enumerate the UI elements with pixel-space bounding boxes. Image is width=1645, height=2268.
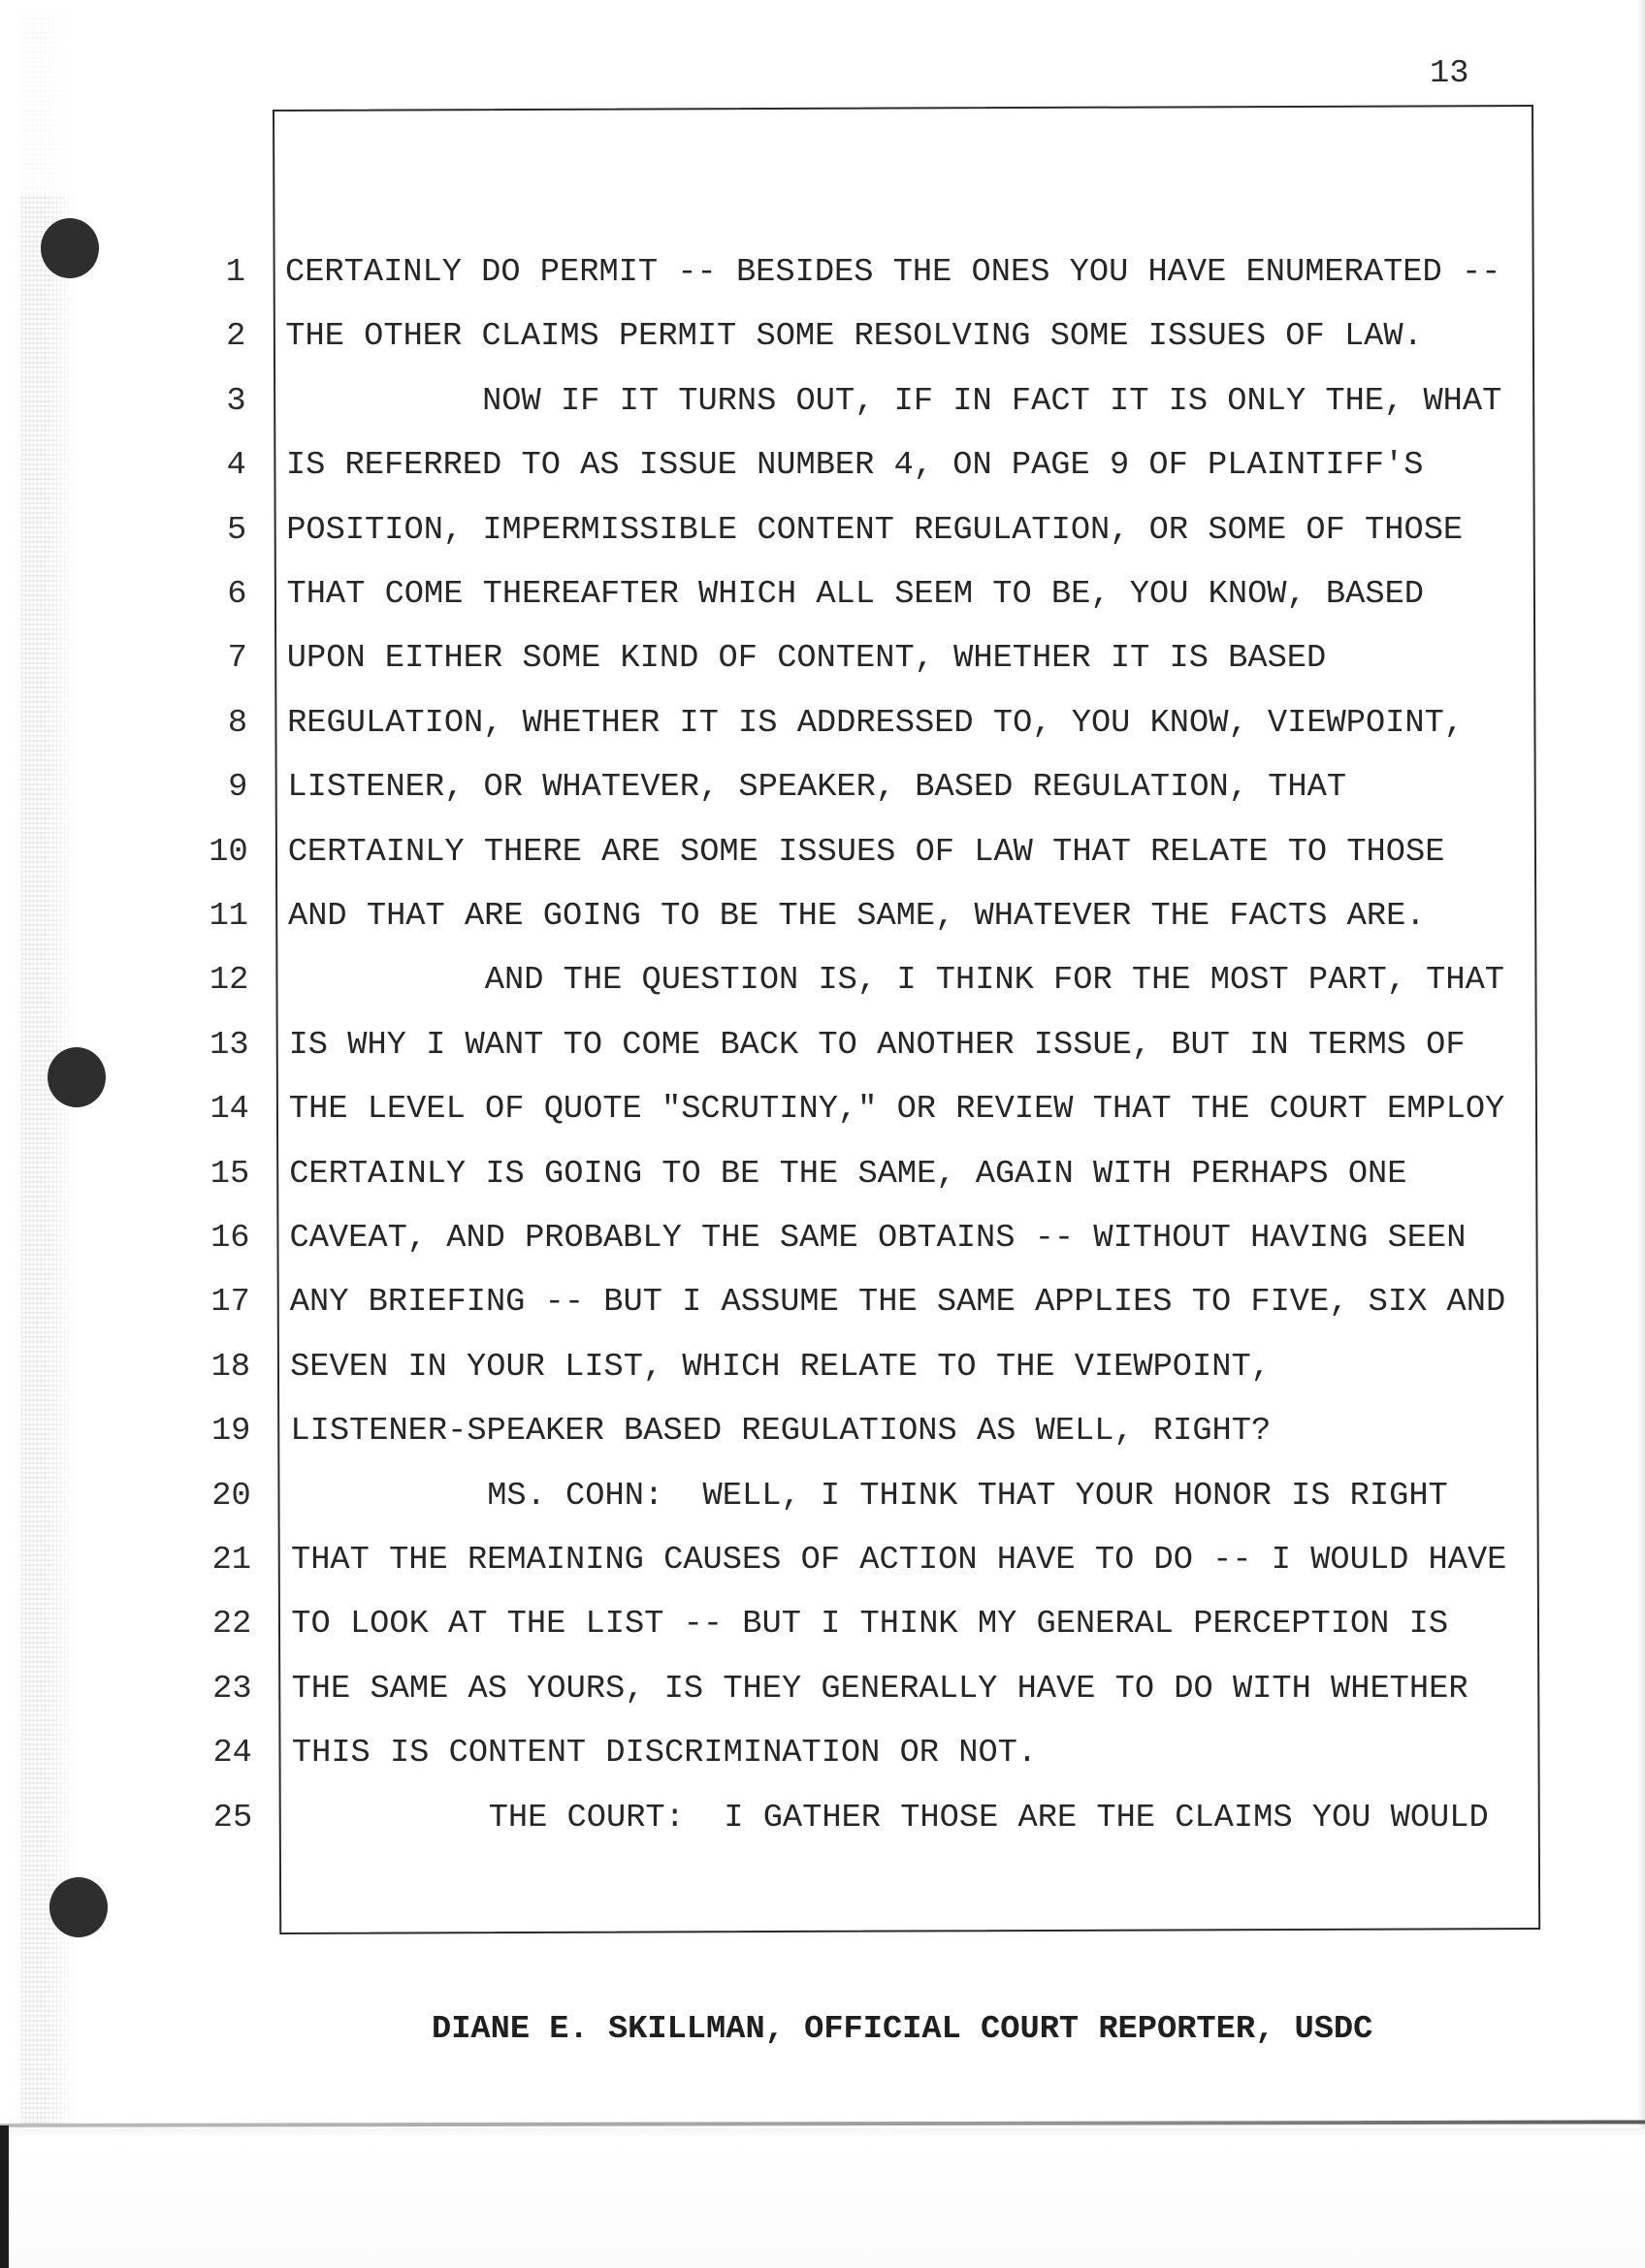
line-number: 7 [179, 643, 247, 676]
transcript-line: ANY BRIEFING -- BUT I ASSUME THE SAME AP… [290, 1287, 1505, 1320]
scan-right-edge [1637, 0, 1645, 2128]
line-number: 12 [180, 965, 248, 998]
transcript-line: THE LEVEL OF QUOTE "SCRUTINY," OR REVIEW… [289, 1094, 1504, 1127]
transcript-line: THE OTHER CLAIMS PERMIT SOME RESOLVING S… [285, 321, 1423, 354]
transcript-line: IS REFERRED TO AS ISSUE NUMBER 4, ON PAG… [286, 450, 1424, 483]
transcript-line: CAVEAT, AND PROBABLY THE SAME OBTAINS --… [290, 1223, 1467, 1256]
transcript-line: THE SAME AS YOURS, IS THEY GENERALLY HAV… [292, 1674, 1468, 1707]
transcript-line: THE COURT: I GATHER THOSE ARE THE CLAIMS… [489, 1803, 1489, 1836]
transcript-frame [273, 105, 1540, 1934]
line-number: 4 [178, 450, 246, 483]
transcript-line: THAT COME THEREAFTER WHICH ALL SEEM TO B… [287, 579, 1425, 612]
line-number: 19 [182, 1416, 250, 1449]
line-number: 8 [179, 708, 247, 741]
hole-punch-icon [49, 1877, 108, 1937]
transcript-page: 13 1CERTAINLY DO PERMIT -- BESIDES THE O… [0, 0, 1645, 2128]
scan-edge-shading [21, 10, 78, 194]
transcript-line: LISTENER-SPEAKER BASED REGULATIONS AS WE… [290, 1416, 1271, 1449]
line-number: 20 [183, 1481, 251, 1514]
line-number: 24 [184, 1738, 252, 1771]
hole-punch-icon [48, 1047, 106, 1107]
scanner-background [0, 2128, 1645, 2268]
line-number: 9 [179, 772, 247, 805]
transcript-line: AND THE QUESTION IS, I THINK FOR THE MOS… [485, 965, 1504, 998]
line-number: 5 [178, 515, 246, 548]
line-number: 22 [183, 1609, 251, 1642]
line-number: 21 [183, 1545, 251, 1578]
line-number: 14 [181, 1094, 249, 1127]
transcript-line: THAT THE REMAINING CAUSES OF ACTION HAVE… [291, 1545, 1506, 1578]
transcript-line: CERTAINLY DO PERMIT -- BESIDES THE ONES … [285, 257, 1500, 290]
line-number: 15 [181, 1159, 249, 1192]
line-number: 3 [178, 386, 246, 419]
page-number: 13 [1430, 58, 1468, 91]
line-number: 23 [184, 1674, 252, 1707]
transcript-line: AND THAT ARE GOING TO BE THE SAME, WHATE… [288, 901, 1426, 934]
line-number: 18 [182, 1352, 250, 1385]
transcript-line: MS. COHN: WELL, I THINK THAT YOUR HONOR … [487, 1481, 1448, 1514]
transcript-line: REGULATION, WHETHER IT IS ADDRESSED TO, … [287, 708, 1464, 741]
transcript-line: POSITION, IMPERMISSIBLE CONTENT REGULATI… [286, 515, 1463, 548]
line-number: 17 [182, 1287, 250, 1320]
line-number: 6 [179, 579, 247, 612]
line-number: 13 [181, 1030, 249, 1063]
transcript-line: THIS IS CONTENT DISCRIMINATION OR NOT. [292, 1738, 1037, 1771]
line-number: 2 [177, 321, 245, 354]
transcript-line: IS WHY I WANT TO COME BACK TO ANOTHER IS… [289, 1030, 1466, 1063]
transcript-line: TO LOOK AT THE LIST -- BUT I THINK MY GE… [291, 1609, 1448, 1642]
hole-punch-icon [41, 218, 99, 278]
transcript-line: LISTENER, OR WHATEVER, SPEAKER, BASED RE… [287, 772, 1346, 805]
line-number: 1 [177, 257, 245, 290]
line-number: 25 [184, 1803, 252, 1836]
line-number: 16 [182, 1223, 250, 1256]
transcript-line: CERTAINLY THERE ARE SOME ISSUES OF LAW T… [288, 837, 1445, 870]
transcript-line: SEVEN IN YOUR LIST, WHICH RELATE TO THE … [290, 1352, 1271, 1385]
scan-edge-shading [21, 194, 78, 2124]
line-number: 11 [180, 901, 248, 934]
transcript-line: UPON EITHER SOME KIND OF CONTENT, WHETHE… [287, 643, 1326, 676]
transcript-line: NOW IF IT TURNS OUT, IF IN FACT IT IS ON… [482, 386, 1501, 419]
scanner-edge-bar [0, 2125, 9, 2268]
transcript-line: CERTAINLY IS GOING TO BE THE SAME, AGAIN… [289, 1159, 1406, 1192]
line-number: 10 [180, 837, 248, 870]
court-reporter-footer: DIANE E. SKILLMAN, OFFICIAL COURT REPORT… [432, 2014, 1372, 2047]
